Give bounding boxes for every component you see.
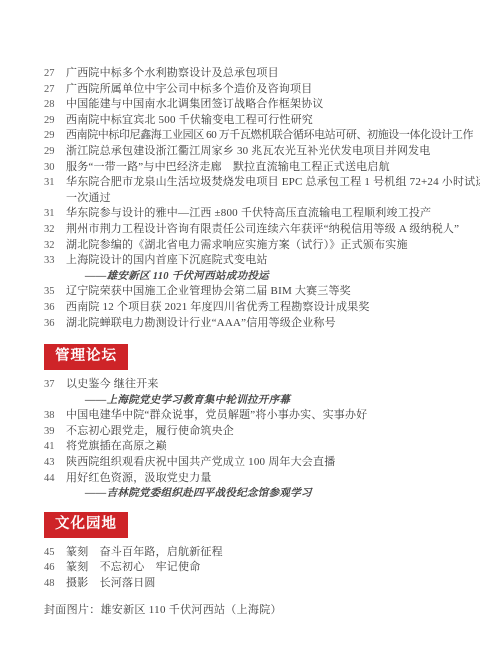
toc-entry: 29西南院中标宜宾北 500 千伏输变电工程可行性研究	[44, 113, 472, 129]
toc-page-number: 33	[44, 253, 66, 269]
toc-page-number: 38	[44, 408, 66, 424]
toc-page-number: 45	[44, 545, 66, 561]
toc-page-number: 30	[44, 160, 66, 176]
section-header-management: 管理论坛	[44, 344, 128, 370]
cover-caption: 封面图片：雄安新区 110 千伏河西站（上海院）	[44, 601, 472, 617]
toc-entry: 36西南院 12 个项目获 2021 年度四川省优秀工程勘察设计成果奖	[44, 300, 472, 316]
toc-page-number: 27	[44, 66, 66, 82]
toc-entry-subtitle: ——雄安新区 110 千伏河西站成功投运	[44, 269, 472, 285]
toc-entry: 48摄影 长河落日圆	[44, 576, 472, 592]
toc-entry-title: 用好红色资源，汲取党史力量	[66, 471, 212, 487]
toc-entry: 31华东院合肥市龙泉山生活垃圾焚烧发电项目 EPC 总承包工程 1 号机组 72…	[44, 175, 472, 191]
toc-entry-title: 中国能建与中国南水北调集团签订战略合作框架协议	[66, 97, 324, 113]
toc-page-number: 31	[44, 206, 66, 222]
toc-entry-title: 西南院中标印尼鑫海工业园区 60 万千瓦燃机联合循环电站可研、初施设一体化设计工…	[66, 128, 473, 144]
toc-entry-title: 浙江院总承包建设浙江衢江周家乡 30 兆瓦农光互补光伏发电项目并网发电	[66, 144, 431, 160]
toc-entry-title: 篆刻 不忘初心 牢记使命	[66, 560, 200, 576]
toc-entry-title: 摄影 长河落日圆	[66, 576, 156, 592]
toc-entry-subtitle: ——吉林院党委组织赴四平战役纪念馆参观学习	[44, 486, 472, 502]
toc-entry: 29浙江院总承包建设浙江衢江周家乡 30 兆瓦农光互补光伏发电项目并网发电	[44, 144, 472, 160]
section-management: 管理论坛 37以史鉴今 继往开来 ——上海院党史学习教育集中轮训拉开序幕 38中…	[44, 331, 472, 502]
toc-entry-title: 广西院中标多个水利勘察设计及总承包项目	[66, 66, 279, 82]
toc-page: 27广西院中标多个水利勘察设计及总承包项目 27广西院所属单位中宇公司中标多个造…	[0, 0, 480, 617]
toc-entry: 32荆州市荆力工程设计咨询有限责任公司连续六年获评“纳税信用等级 A 级纳税人”	[44, 222, 472, 238]
toc-entry: 30服务“一带一路”与中巴经济走廊 默拉直流输电工程正式送电启航	[44, 160, 472, 176]
toc-page-number: 32	[44, 222, 66, 238]
toc-entry: 46篆刻 不忘初心 牢记使命	[44, 560, 472, 576]
section-culture: 文化园地 45篆刻 奋斗百年路，启航新征程 46篆刻 不忘初心 牢记使命 48摄…	[44, 502, 472, 592]
toc-entry: 28中国能建与中国南水北调集团签订战略合作框架协议	[44, 97, 472, 113]
toc-entry: 35辽宁院荣获中国施工企业管理协会第二届 BIM 大赛三等奖	[44, 284, 472, 300]
toc-entry: 27广西院所属单位中宇公司中标多个造价及咨询项目	[44, 82, 472, 98]
toc-page-number: 29	[44, 144, 66, 160]
toc-page-number: 43	[44, 455, 66, 471]
toc-entry-title: 西南院 12 个项目获 2021 年度四川省优秀工程勘察设计成果奖	[66, 300, 370, 316]
toc-entry-title: 华东院合肥市龙泉山生活垃圾焚烧发电项目 EPC 总承包工程 1 号机组 72+2…	[66, 175, 480, 191]
toc-entry: 44用好红色资源，汲取党史力量	[44, 471, 472, 487]
toc-page-number: 44	[44, 471, 66, 487]
toc-page-number: 29	[44, 128, 66, 144]
toc-entry: 31华东院参与设计的雅中—江西 ±800 千伏特高压直流输电工程顺利竣工投产	[44, 206, 472, 222]
toc-page-number: 46	[44, 560, 66, 576]
section-header-culture: 文化园地	[44, 512, 128, 538]
toc-entry: 33上海院设计的国内首座下沉庭院式变电站	[44, 253, 472, 269]
toc-entry-title: 荆州市荆力工程设计咨询有限责任公司连续六年获评“纳税信用等级 A 级纳税人”	[66, 222, 459, 238]
toc-entry-subtitle-text: ——吉林院党委组织赴四平战役纪念馆参观学习	[85, 486, 312, 502]
toc-entry-title: 湖北院蝉联电力勘测设计行业“AAA”信用等级企业称号	[66, 316, 336, 332]
section-news: 27广西院中标多个水利勘察设计及总承包项目 27广西院所属单位中宇公司中标多个造…	[44, 66, 472, 331]
toc-entry-subtitle-text: ——上海院党史学习教育集中轮训拉开序幕	[85, 393, 290, 409]
toc-page-number: 29	[44, 113, 66, 129]
toc-entry-subtitle-text: ——雄安新区 110 千伏河西站成功投运	[85, 269, 269, 285]
toc-entry: 36湖北院蝉联电力勘测设计行业“AAA”信用等级企业称号	[44, 316, 472, 332]
toc-entry: 27广西院中标多个水利勘察设计及总承包项目	[44, 66, 472, 82]
toc-entry: 37以史鉴今 继往开来	[44, 377, 472, 393]
toc-page-number: 36	[44, 300, 66, 316]
toc-page-number: 28	[44, 97, 66, 113]
toc-entry-continuation: 一次通过	[44, 191, 472, 207]
toc-entry-title: 服务“一带一路”与中巴经济走廊 默拉直流输电工程正式送电启航	[66, 160, 390, 176]
toc-page-number: 27	[44, 82, 66, 98]
toc-page-number: 39	[44, 424, 66, 440]
toc-entry: 38中国电建华中院“群众说事，党员解题”将小事办实、实事办好	[44, 408, 472, 424]
toc-entry-title: 上海院设计的国内首座下沉庭院式变电站	[66, 253, 268, 269]
toc-entry: 43陕西院组织观看庆祝中国共产党成立 100 周年大会直播	[44, 455, 472, 471]
toc-entry-title: 陕西院组织观看庆祝中国共产党成立 100 周年大会直播	[66, 455, 335, 471]
toc-entry: 45篆刻 奋斗百年路，启航新征程	[44, 545, 472, 561]
toc-entry-title: 辽宁院荣获中国施工企业管理协会第二届 BIM 大赛三等奖	[66, 284, 351, 300]
toc-page-number: 41	[44, 439, 66, 455]
toc-page-number: 48	[44, 576, 66, 592]
toc-entry-title: 西南院中标宜宾北 500 千伏输变电工程可行性研究	[66, 113, 313, 129]
toc-entry-title: 以史鉴今 继往开来	[66, 377, 159, 393]
toc-page-number: 32	[44, 238, 66, 254]
toc-entry: 39不忘初心跟党走，履行使命筑央企	[44, 424, 472, 440]
toc-page-number: 31	[44, 175, 66, 191]
toc-page-number: 37	[44, 377, 66, 393]
toc-entry-continuation-text: 一次通过	[66, 191, 111, 207]
toc-entry: 32湖北院参编的《湖北省电力需求响应实施方案（试行）》正式颁布实施	[44, 238, 472, 254]
toc-entry-title: 中国电建华中院“群众说事，党员解题”将小事办实、实事办好	[66, 408, 367, 424]
toc-entry-title: 华东院参与设计的雅中—江西 ±800 千伏特高压直流输电工程顺利竣工投产	[66, 206, 431, 222]
toc-entry-subtitle: ——上海院党史学习教育集中轮训拉开序幕	[44, 393, 472, 409]
toc-entry-title: 将党旗插在高原之巅	[66, 439, 167, 455]
toc-page-number: 36	[44, 316, 66, 332]
toc-entry-title: 广西院所属单位中宇公司中标多个造价及咨询项目	[66, 82, 312, 98]
toc-entry-title: 湖北院参编的《湖北省电力需求响应实施方案（试行）》正式颁布实施	[66, 238, 408, 254]
toc-page-number: 35	[44, 284, 66, 300]
toc-entry: 41将党旗插在高原之巅	[44, 439, 472, 455]
toc-entry: 29西南院中标印尼鑫海工业园区 60 万千瓦燃机联合循环电站可研、初施设一体化设…	[44, 128, 472, 144]
toc-entry-title: 不忘初心跟党走，履行使命筑央企	[66, 424, 234, 440]
toc-entry-title: 篆刻 奋斗百年路，启航新征程	[66, 545, 223, 561]
